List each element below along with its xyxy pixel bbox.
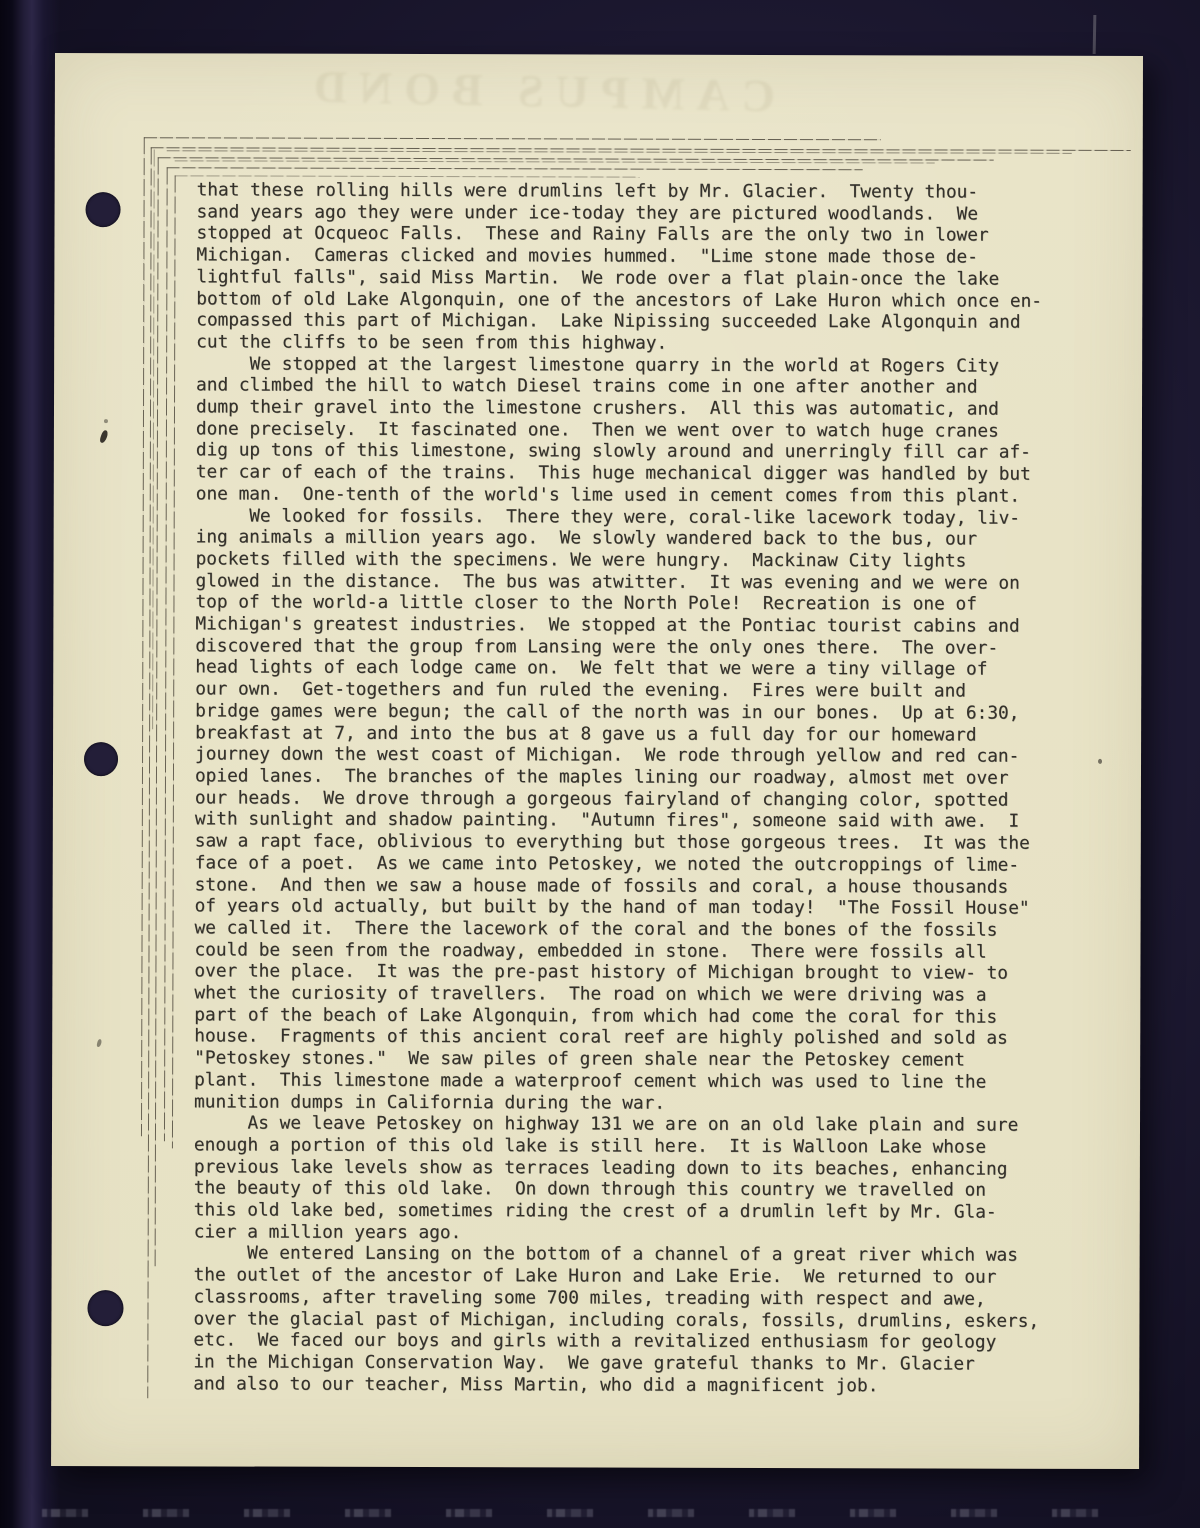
ink-speck <box>104 419 108 423</box>
page-edge-line <box>167 150 1072 154</box>
punch-hole <box>87 1290 123 1326</box>
paper-sheet: CAMPUS BOND that these rolling hills wer… <box>51 53 1143 1469</box>
paragraph: As we leave Petoskey on highway 131 we a… <box>194 1113 1094 1246</box>
scan-background: CAMPUS BOND that these rolling hills wer… <box>0 0 1200 1528</box>
scratch-mark <box>1093 15 1097 54</box>
page-edge-line <box>164 167 168 1141</box>
watermark-ghost: CAMPUS BOND <box>294 59 775 139</box>
page-edge-line <box>167 167 863 170</box>
paragraph: We entered Lansing on the bottom of a ch… <box>193 1243 1093 1397</box>
ink-speck <box>1098 759 1102 764</box>
ink-speck <box>99 430 109 444</box>
page-edge-line <box>147 147 151 1398</box>
page-edge-line <box>175 175 640 177</box>
page-edge-line <box>175 160 935 163</box>
paragraph: We looked for fossils. There they were, … <box>194 505 1096 1115</box>
paragraph: that these rolling hills were drumlins l… <box>196 179 1096 355</box>
punch-hole <box>84 742 118 776</box>
page-edge-line <box>152 149 155 729</box>
ink-speck <box>96 1039 102 1048</box>
film-edge-marks <box>42 1509 1152 1517</box>
punch-hole <box>86 192 121 227</box>
page-edge-line <box>155 157 159 1266</box>
page-edge-line <box>141 137 145 1136</box>
paragraph: We stopped at the largest limestone quar… <box>196 353 1096 507</box>
page-edge-line <box>172 175 176 1148</box>
typed-text: that these rolling hills were drumlins l… <box>193 179 1096 1397</box>
